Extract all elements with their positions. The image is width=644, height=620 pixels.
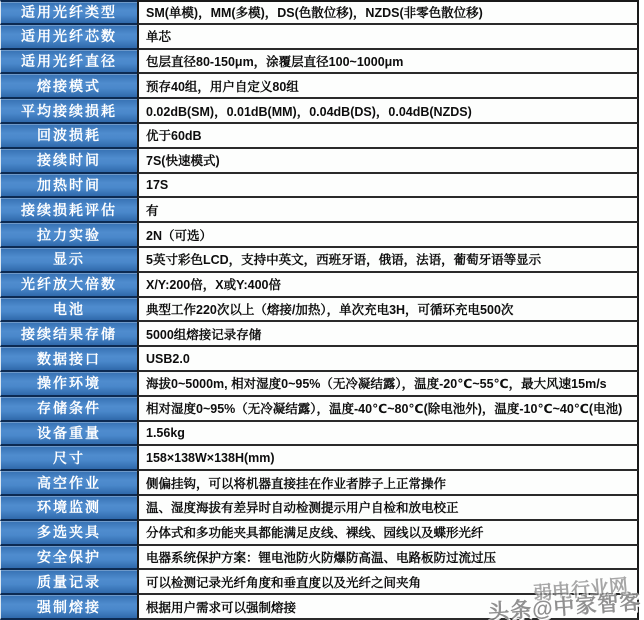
spec-row: 拉力实验 2N（可选） (0, 223, 644, 248)
spec-row: 加热时间 17S (0, 174, 644, 199)
spec-label: 拉力实验 (0, 223, 137, 248)
spec-row: 接续时间 7S(快速模式) (0, 149, 644, 174)
spec-row: 质量记录 可以检测记录光纤角度和垂直度以及光纤之间夹角 (0, 570, 644, 595)
spec-row: 尺寸 158×138W×138H(mm) (0, 446, 644, 471)
spec-value: 侧偏挂钩，可以将机器直接挂在作业者脖子上正常操作 (137, 471, 639, 496)
spec-label: 接续结果存储 (0, 322, 137, 347)
spec-label: 接续损耗评估 (0, 198, 137, 223)
spec-label: 质量记录 (0, 570, 137, 595)
spec-value: 优于60dB (137, 124, 639, 149)
spec-value: 相对湿度0~95%（无冷凝结露），温度-40℃~80℃(除电池外)，温度-10℃… (137, 397, 639, 422)
spec-label: 高空作业 (0, 471, 137, 496)
spec-row: 平均接续损耗 0.02dB(SM)，0.01dB(MM)，0.04dB(DS)，… (0, 99, 644, 124)
spec-value: 158×138W×138H(mm) (137, 446, 639, 471)
spec-value: 典型工作220次以上（熔接/加热），单次充电3H，可循环充电500次 (137, 298, 639, 323)
spec-row: 光纤放大倍数 X/Y:200倍，X或Y:400倍 (0, 273, 644, 298)
spec-row: 接续损耗评估 有 (0, 198, 644, 223)
spec-value: 温、湿度海拔有差异时自动检测提示用户自检和放电校正 (137, 496, 639, 521)
spec-value: 5英寸彩色LCD，支持中英文，西班牙语，俄语，法语，葡萄牙语等显示 (137, 248, 639, 273)
spec-value: 7S(快速模式) (137, 149, 639, 174)
spec-row: 适用光纤芯数 单芯 (0, 25, 644, 50)
spec-label: 安全保护 (0, 546, 137, 571)
spec-label: 环境监测 (0, 496, 137, 521)
spec-label: 设备重量 (0, 422, 137, 447)
spec-label: 适用光纤类型 (0, 0, 137, 25)
spec-value: 电器系统保护方案：锂电池防火防爆防高温、电路板防过流过压 (137, 546, 639, 571)
spec-label: 适用光纤芯数 (0, 25, 137, 50)
spec-label: 光纤放大倍数 (0, 273, 137, 298)
spec-row: 接续结果存储 5000组熔接记录存储 (0, 322, 644, 347)
spec-value: 预存40组，用户自定义80组 (137, 74, 639, 99)
spec-value: 可以检测记录光纤角度和垂直度以及光纤之间夹角 (137, 570, 639, 595)
spec-label: 加热时间 (0, 174, 137, 199)
spec-value: 分体式和多功能夹具都能满足皮线、裸线、园线以及蝶形光纤 (137, 521, 639, 546)
spec-row: 存储条件 相对湿度0~95%（无冷凝结露），温度-40℃~80℃(除电池外)，温… (0, 397, 644, 422)
spec-value: 5000组熔接记录存储 (137, 322, 639, 347)
spec-label: 显示 (0, 248, 137, 273)
spec-label: 接续时间 (0, 149, 137, 174)
spec-row: 安全保护 电器系统保护方案：锂电池防火防爆防高温、电路板防过流过压 (0, 546, 644, 571)
spec-value: 单芯 (137, 25, 639, 50)
spec-row: 设备重量 1.56kg (0, 422, 644, 447)
spec-row: 适用光纤直径 包层直径80-150μm，涂覆层直径100~1000μm (0, 50, 644, 75)
spec-row: 适用光纤类型 SM(单模)，MM(多模)，DS(色散位移)，NZDS(非零色散位… (0, 0, 644, 25)
spec-value: SM(单模)，MM(多模)，DS(色散位移)，NZDS(非零色散位移) (137, 0, 639, 25)
spec-value: 根据用户需求可以强制熔接 (137, 595, 639, 620)
spec-label: 强制熔接 (0, 595, 137, 620)
spec-sheet: 适用光纤类型 SM(单模)，MM(多模)，DS(色散位移)，NZDS(非零色散位… (0, 0, 644, 620)
spec-label: 数据接口 (0, 347, 137, 372)
spec-table: 适用光纤类型 SM(单模)，MM(多模)，DS(色散位移)，NZDS(非零色散位… (0, 0, 644, 620)
spec-value: 17S (137, 174, 639, 199)
spec-row: 数据接口 USB2.0 (0, 347, 644, 372)
spec-label: 电池 (0, 298, 137, 323)
spec-row: 熔接模式 预存40组，用户自定义80组 (0, 74, 644, 99)
spec-label: 多选夹具 (0, 521, 137, 546)
spec-row: 强制熔接 根据用户需求可以强制熔接 (0, 595, 644, 620)
spec-value: 0.02dB(SM)，0.01dB(MM)，0.04dB(DS)，0.04dB(… (137, 99, 639, 124)
spec-row: 操作环境 海拔0~5000m, 相对湿度0~95%（无冷凝结露），温度-20℃~… (0, 372, 644, 397)
spec-label: 熔接模式 (0, 74, 137, 99)
spec-row: 回波损耗 优于60dB (0, 124, 644, 149)
spec-label: 尺寸 (0, 446, 137, 471)
spec-row: 显示 5英寸彩色LCD，支持中英文，西班牙语，俄语，法语，葡萄牙语等显示 (0, 248, 644, 273)
spec-value: 海拔0~5000m, 相对湿度0~95%（无冷凝结露），温度-20℃~55℃，最… (137, 372, 639, 397)
spec-row: 多选夹具 分体式和多功能夹具都能满足皮线、裸线、园线以及蝶形光纤 (0, 521, 644, 546)
spec-value: X/Y:200倍，X或Y:400倍 (137, 273, 639, 298)
spec-value: USB2.0 (137, 347, 639, 372)
spec-row: 环境监测 温、湿度海拔有差异时自动检测提示用户自检和放电校正 (0, 496, 644, 521)
spec-row: 高空作业 侧偏挂钩，可以将机器直接挂在作业者脖子上正常操作 (0, 471, 644, 496)
spec-label: 平均接续损耗 (0, 99, 137, 124)
spec-value: 包层直径80-150μm，涂覆层直径100~1000μm (137, 50, 639, 75)
spec-label: 回波损耗 (0, 124, 137, 149)
spec-row: 电池 典型工作220次以上（熔接/加热），单次充电3H，可循环充电500次 (0, 298, 644, 323)
spec-value: 2N（可选） (137, 223, 639, 248)
spec-value: 1.56kg (137, 422, 639, 447)
spec-value: 有 (137, 198, 639, 223)
spec-label: 存储条件 (0, 397, 137, 422)
spec-label: 适用光纤直径 (0, 50, 137, 75)
spec-label: 操作环境 (0, 372, 137, 397)
